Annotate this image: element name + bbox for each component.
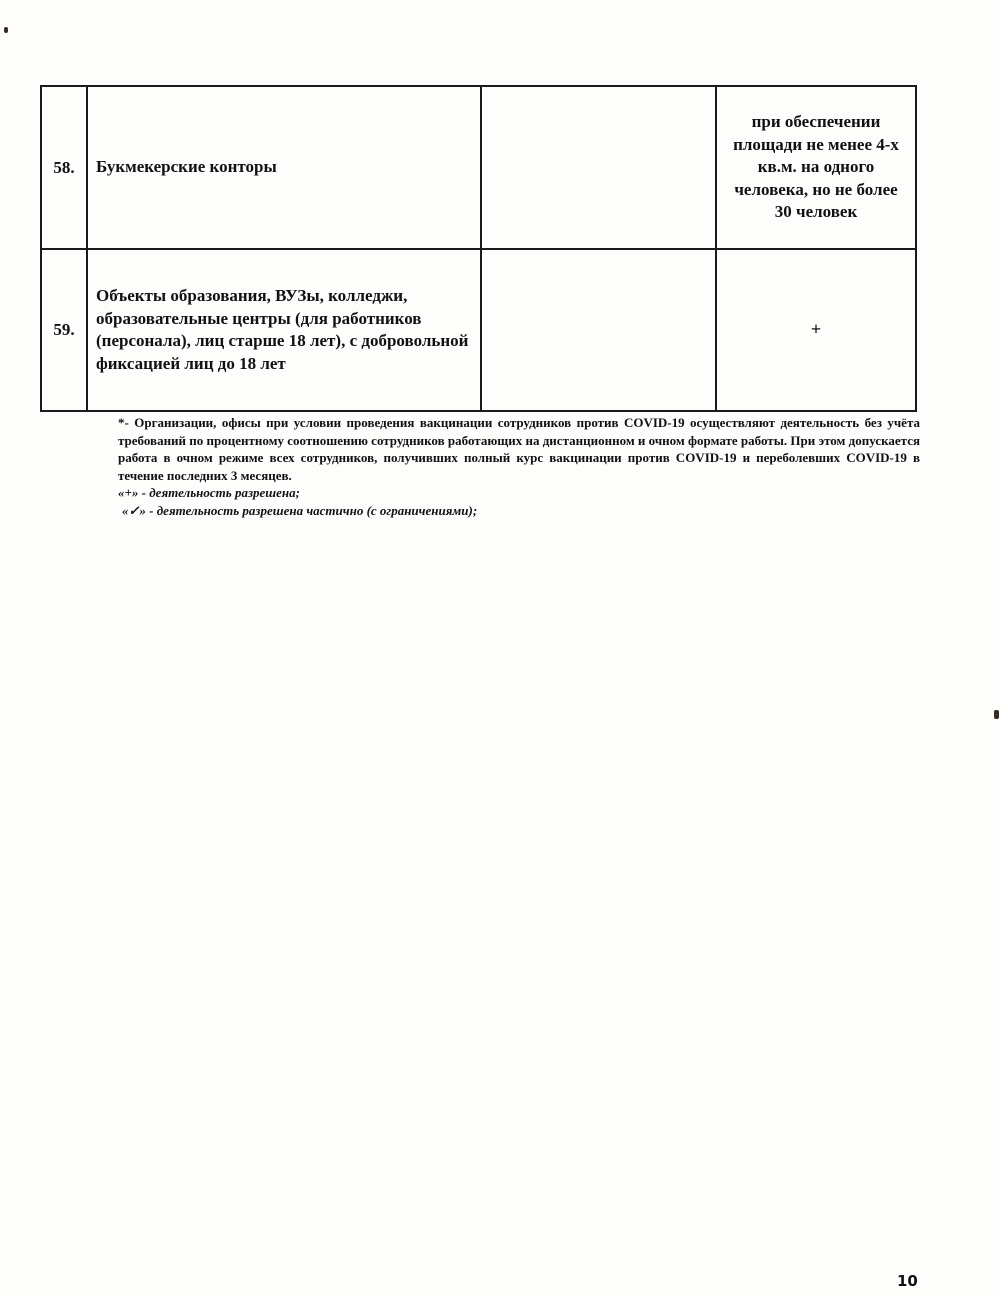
table-row: 59. Объекты образования, ВУЗы, колледжи,… xyxy=(41,249,916,411)
empty-cell xyxy=(481,86,716,249)
permitted-mark: + xyxy=(811,319,821,339)
row-number: 58. xyxy=(41,86,87,249)
table-row: 58. Букмекерские конторы при обеспечении… xyxy=(41,86,916,249)
scan-speck xyxy=(994,710,999,719)
footnote-text: *- Организации, офисы при условии провед… xyxy=(118,414,920,484)
row-number: 59. xyxy=(41,249,87,411)
legend-partially-permitted: «✓» - деятельность разрешена частично (с… xyxy=(118,502,920,520)
empty-cell xyxy=(481,249,716,411)
legend-permitted: «+» - деятельность разрешена; xyxy=(118,484,920,502)
scan-speck xyxy=(4,27,8,33)
activity-name: Объекты образования, ВУЗы, колледжи, обр… xyxy=(87,249,481,411)
activity-condition: при обеспечении площади не менее 4-х кв.… xyxy=(716,86,916,249)
footnote: *- Организации, офисы при условии провед… xyxy=(118,414,920,519)
page-number: 10 xyxy=(897,1272,918,1290)
activity-condition: + xyxy=(716,249,916,411)
activity-name: Букмекерские конторы xyxy=(87,86,481,249)
condition-text: при обеспечении площади не менее 4-х кв.… xyxy=(717,111,915,224)
restrictions-table: 58. Букмекерские конторы при обеспечении… xyxy=(40,85,917,412)
